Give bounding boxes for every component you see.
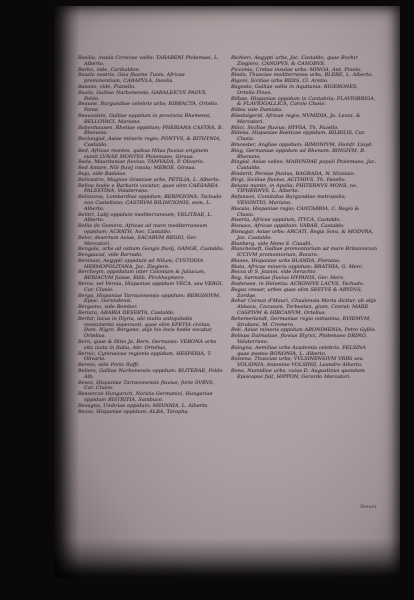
book-page: Basilia, insula Corsicae vallis: TARABEN… [54, 6, 400, 578]
index-entry: Bichieri, Aegypti urbs, Jac. Castaldo, q… [231, 56, 377, 68]
index-entry: Befanson, Comitatus Burgundiae metropoli… [231, 195, 377, 207]
bottom-shadow [54, 538, 400, 578]
index-entry: Berbir, locus in Illyria, ubi multa anti… [78, 317, 224, 340]
index-entry: Berca, vel Veroia, Hispaniae oppidum VEC… [78, 282, 224, 294]
gutter-shadow [54, 6, 80, 578]
index-text-block: Basilia, insula Corsicae vallis: TARABEN… [78, 56, 378, 415]
index-entry: Belinzona, Lombardiae oppidum; BERINZONA… [78, 195, 224, 212]
index-column-right: Bichieri, Aegypti urbs, Jac. Castaldo, q… [231, 56, 377, 415]
photo-frame: Basilia, insula Corsicae vallis: TARABEN… [0, 0, 414, 600]
index-entry: Bern, quae & Ditio Ja. Bern, Germanis: V… [78, 340, 224, 352]
index-entry: Bezza, Hispaniae oppidum: ALBA, Tarapha. [78, 410, 224, 416]
index-entry: Bona, Numidiae urbs, cuius D. Augustinus… [231, 369, 377, 381]
index-entry: Beauvoisin, Galliae oppidum in provincia… [78, 114, 224, 126]
index-entry: Bohar Corsun d'Mauri, Chualensia Moria d… [231, 299, 377, 316]
index-column-left: Basilia, insula Corsicae vallis: TARABEN… [78, 56, 224, 415]
index-entry: Beclangial, Asiae minoris regio; PONTVS,… [78, 137, 224, 149]
index-entry: Biledulgerid, Africae regio; NVMIDIA, Jo… [231, 114, 377, 126]
index-entry: Beliers, Galliae Narbonensis oppidum: BL… [78, 369, 224, 381]
index-entry: Basilia, insula Corsicae vallis: TARABEN… [78, 56, 224, 68]
index-entry: Bellis de Gomera, Africae ad mare medite… [78, 224, 224, 236]
index-entry: Bagosto, Galliae vallis in Aquitania: BI… [231, 85, 377, 97]
index-entry: Bisnagar, Asiae urbs: ARCATI, Regia Sora… [231, 230, 377, 242]
catchword: Bonan- [360, 504, 378, 510]
